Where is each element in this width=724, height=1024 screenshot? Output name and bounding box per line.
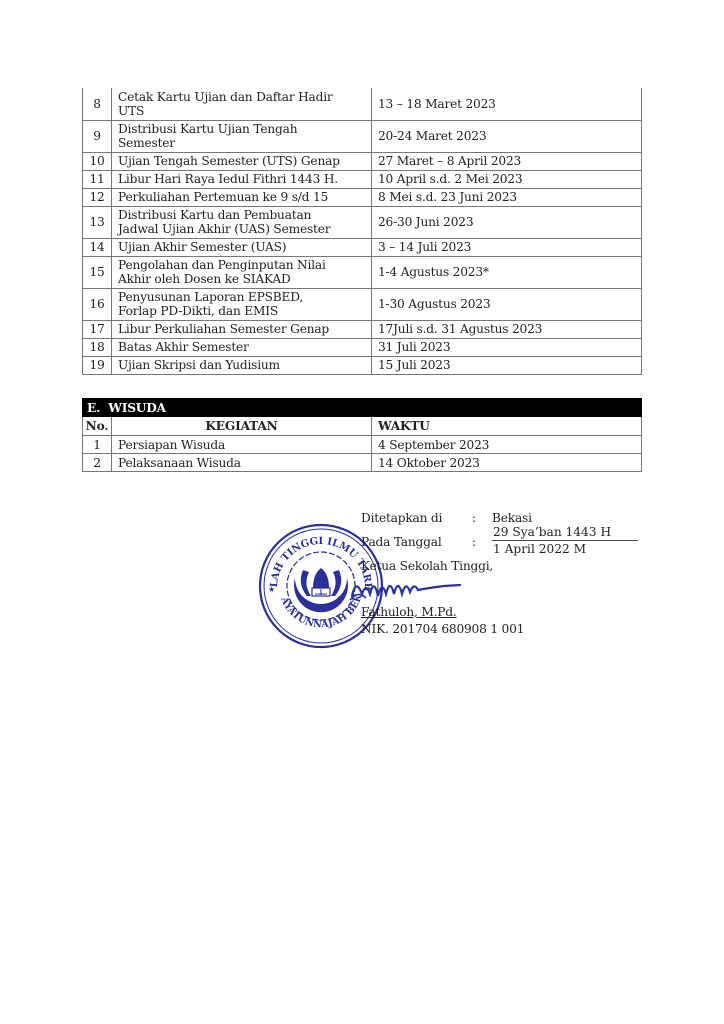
row-number: 10 bbox=[83, 152, 112, 170]
ditetapkan-label: Ditetapkan di bbox=[361, 511, 442, 525]
column-header-row: No. KEGIATAN WAKTU bbox=[83, 417, 642, 436]
table-row: 19Ujian Skripsi dan Yudisium15 Juli 2023 bbox=[83, 356, 642, 374]
header-waktu: WAKTU bbox=[372, 417, 642, 436]
row-waktu: 1-30 Agustus 2023 bbox=[372, 288, 642, 320]
kegiatan-line: Libur Perkuliahan Semester Genap bbox=[118, 322, 365, 336]
signatory-nik: NIK. 201704 680908 1 001 bbox=[361, 622, 524, 636]
kegiatan-line: Ujian Skripsi dan Yudisium bbox=[118, 358, 365, 372]
kegiatan-line: Libur Hari Raya Iedul Fithri 1443 H. bbox=[118, 172, 365, 186]
wisuda-table: E. WISUDA No. KEGIATAN WAKTU 1 Persiapan… bbox=[82, 398, 642, 472]
row-waktu: 10 April s.d. 2 Mei 2023 bbox=[372, 170, 642, 188]
svg-text:★: ★ bbox=[268, 585, 275, 594]
kegiatan-line: Semester bbox=[118, 136, 365, 150]
table-row: 15Pengolahan dan Penginputan NilaiAkhir … bbox=[83, 256, 642, 288]
kegiatan-line: Batas Akhir Semester bbox=[118, 340, 365, 354]
academic-schedule-table: 8Cetak Kartu Ujian dan Daftar HadirUTS13… bbox=[82, 88, 642, 375]
row-waktu: 20-24 Maret 2023 bbox=[372, 120, 642, 152]
row-number: 19 bbox=[83, 356, 112, 374]
row-kegiatan: Ujian Tengah Semester (UTS) Genap bbox=[112, 152, 372, 170]
tanggal-label: Pada Tanggal bbox=[361, 535, 442, 549]
row-kegiatan: Ujian Skripsi dan Yudisium bbox=[112, 356, 372, 374]
table-row: 17Libur Perkuliahan Semester Genap17Juli… bbox=[83, 320, 642, 338]
table-row: 13Distribusi Kartu dan PembuatanJadwal U… bbox=[83, 206, 642, 238]
row-kegiatan: Cetak Kartu Ujian dan Daftar HadirUTS bbox=[112, 88, 372, 120]
row-number: 13 bbox=[83, 206, 112, 238]
row-waktu: 27 Maret – 8 April 2023 bbox=[372, 152, 642, 170]
kegiatan-line: Ujian Tengah Semester (UTS) Genap bbox=[118, 154, 365, 168]
row-number: 15 bbox=[83, 256, 112, 288]
row-waktu: 15 Juli 2023 bbox=[372, 356, 642, 374]
header-no: No. bbox=[83, 417, 112, 436]
table-row: 16Penyusunan Laporan EPSBED,Forlap PD-Di… bbox=[83, 288, 642, 320]
kegiatan-line: Cetak Kartu Ujian dan Daftar Hadir bbox=[118, 90, 365, 104]
tanggal-hijri: 29 Sya’ban 1443 H bbox=[492, 525, 638, 541]
row-number: 18 bbox=[83, 338, 112, 356]
table-row: 18Batas Akhir Semester31 Juli 2023 bbox=[83, 338, 642, 356]
header-kegiatan: KEGIATAN bbox=[112, 417, 372, 436]
row-number: 17 bbox=[83, 320, 112, 338]
kegiatan-line: UTS bbox=[118, 104, 365, 118]
row-kegiatan: Ujian Akhir Semester (UAS) bbox=[112, 238, 372, 256]
table-row: 8Cetak Kartu Ujian dan Daftar HadirUTS13… bbox=[83, 88, 642, 120]
table-row: 14Ujian Akhir Semester (UAS)3 – 14 Juli … bbox=[83, 238, 642, 256]
row-kegiatan: Pengolahan dan Penginputan NilaiAkhir ol… bbox=[112, 256, 372, 288]
row-number: 8 bbox=[83, 88, 112, 120]
row-kegiatan: Libur Perkuliahan Semester Genap bbox=[112, 320, 372, 338]
table-row: 1 Persiapan Wisuda 4 September 2023 bbox=[83, 436, 642, 454]
signature-icon bbox=[348, 574, 468, 604]
row-number: 9 bbox=[83, 120, 112, 152]
kegiatan-line: Perkuliahan Pertemuan ke 9 s/d 15 bbox=[118, 190, 365, 204]
table-row: 10Ujian Tengah Semester (UTS) Genap27 Ma… bbox=[83, 152, 642, 170]
kegiatan-line: Pengolahan dan Penginputan Nilai bbox=[118, 258, 365, 272]
tanggal-value: 29 Sya’ban 1443 H 1 April 2022 M bbox=[492, 525, 638, 556]
kegiatan-line: Akhir oleh Dosen ke SIAKAD bbox=[118, 272, 365, 286]
row-kegiatan: Perkuliahan Pertemuan ke 9 s/d 15 bbox=[112, 188, 372, 206]
row-kegiatan: Batas Akhir Semester bbox=[112, 338, 372, 356]
row-kegiatan: Libur Hari Raya Iedul Fithri 1443 H. bbox=[112, 170, 372, 188]
row-number: 12 bbox=[83, 188, 112, 206]
ditetapkan-sep: : bbox=[472, 511, 476, 525]
row-number: 16 bbox=[83, 288, 112, 320]
signatory-name: Fathuloh, M.Pd. bbox=[361, 605, 457, 619]
ditetapkan-value: Bekasi bbox=[492, 511, 532, 525]
table-row: 9Distribusi Kartu Ujian TengahSemester20… bbox=[83, 120, 642, 152]
row-number: 14 bbox=[83, 238, 112, 256]
row-waktu: 1-4 Agustus 2023* bbox=[372, 256, 642, 288]
kegiatan-line: Forlap PD-Dikti, dan EMIS bbox=[118, 304, 365, 318]
row-kegiatan: Penyusunan Laporan EPSBED,Forlap PD-Dikt… bbox=[112, 288, 372, 320]
row-number: 11 bbox=[83, 170, 112, 188]
row-waktu: 13 – 18 Maret 2023 bbox=[372, 88, 642, 120]
kegiatan-line: Ujian Akhir Semester (UAS) bbox=[118, 240, 365, 254]
row-waktu: 31 Juli 2023 bbox=[372, 338, 642, 356]
tanggal-masehi: 1 April 2022 M bbox=[492, 541, 638, 556]
position-title: Ketua Sekolah Tinggi, bbox=[361, 559, 493, 573]
section-header: E. WISUDA bbox=[83, 399, 642, 417]
row-kegiatan: Distribusi Kartu dan PembuatanJadwal Uji… bbox=[112, 206, 372, 238]
row-waktu: 8 Mei s.d. 23 Juni 2023 bbox=[372, 188, 642, 206]
tanggal-sep: : bbox=[472, 535, 476, 549]
row-waktu: 26-30 Juni 2023 bbox=[372, 206, 642, 238]
kegiatan-line: Distribusi Kartu Ujian Tengah bbox=[118, 122, 365, 136]
row-kegiatan: Distribusi Kartu Ujian TengahSemester bbox=[112, 120, 372, 152]
kegiatan-line: Jadwal Ujian Akhir (UAS) Semester bbox=[118, 222, 365, 236]
section-title: E. WISUDA bbox=[83, 399, 372, 417]
table-row: 12Perkuliahan Pertemuan ke 9 s/d 158 Mei… bbox=[83, 188, 642, 206]
table-row: 11Libur Hari Raya Iedul Fithri 1443 H.10… bbox=[83, 170, 642, 188]
kegiatan-line: Distribusi Kartu dan Pembuatan bbox=[118, 208, 365, 222]
row-waktu: 3 – 14 Juli 2023 bbox=[372, 238, 642, 256]
row-waktu: 17Juli s.d. 31 Agustus 2023 bbox=[372, 320, 642, 338]
table-row: 2 Pelaksanaan Wisuda 14 Oktober 2023 bbox=[83, 454, 642, 472]
kegiatan-line: Penyusunan Laporan EPSBED, bbox=[118, 290, 365, 304]
